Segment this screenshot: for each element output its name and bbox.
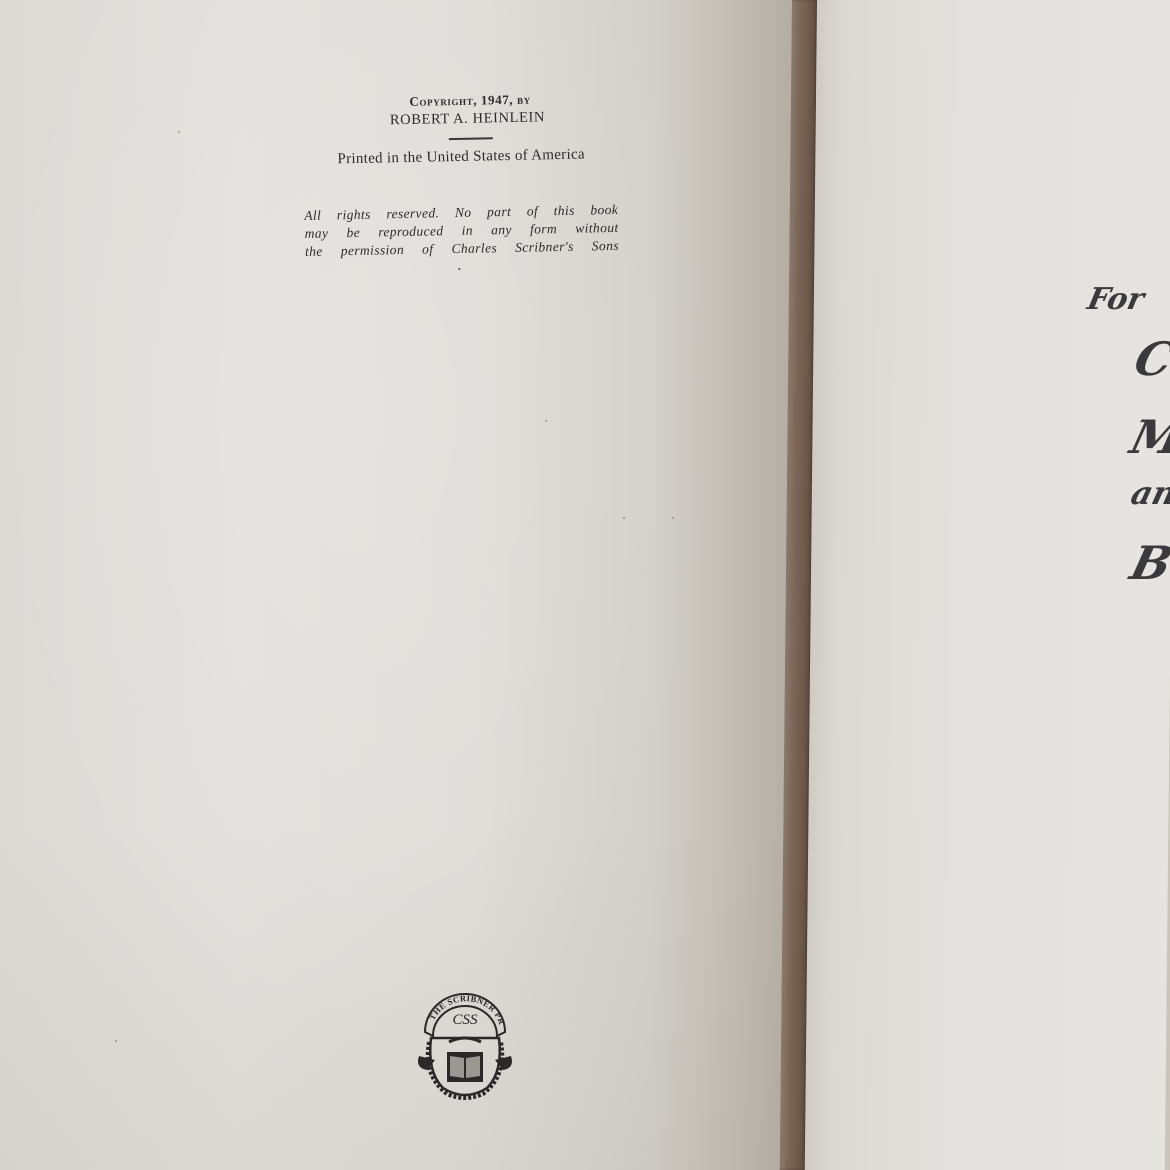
copyright-notice: Copyright, 1947, by ROBERT A. HEINLEIN P…	[300, 90, 623, 273]
book-spread: Copyright, 1947, by ROBERT A. HEINLEIN P…	[0, 0, 1170, 1170]
paper-speck	[178, 131, 180, 133]
rights-reserved-notice: All rights reserved. No part of this boo…	[302, 200, 623, 260]
paper-speck	[623, 517, 625, 519]
paper-speck	[672, 517, 674, 519]
dedication-page	[805, 0, 1170, 1170]
printed-in-line: Printed in the United States of America	[301, 145, 621, 168]
scribner-press-emblem-icon: THE SCRIBNER PRESS CSS	[413, 980, 517, 1106]
ornament-dot	[458, 267, 460, 269]
paper-speck	[545, 420, 547, 422]
emblem-monogram: CSS	[452, 1012, 478, 1028]
copyright-page: Copyright, 1947, by ROBERT A. HEINLEIN P…	[0, 0, 792, 1170]
paper-speck	[115, 1040, 117, 1042]
dedication-for: For	[1084, 282, 1147, 317]
divider-rule	[449, 137, 493, 139]
author-name: ROBERT A. HEINLEIN	[314, 108, 620, 131]
